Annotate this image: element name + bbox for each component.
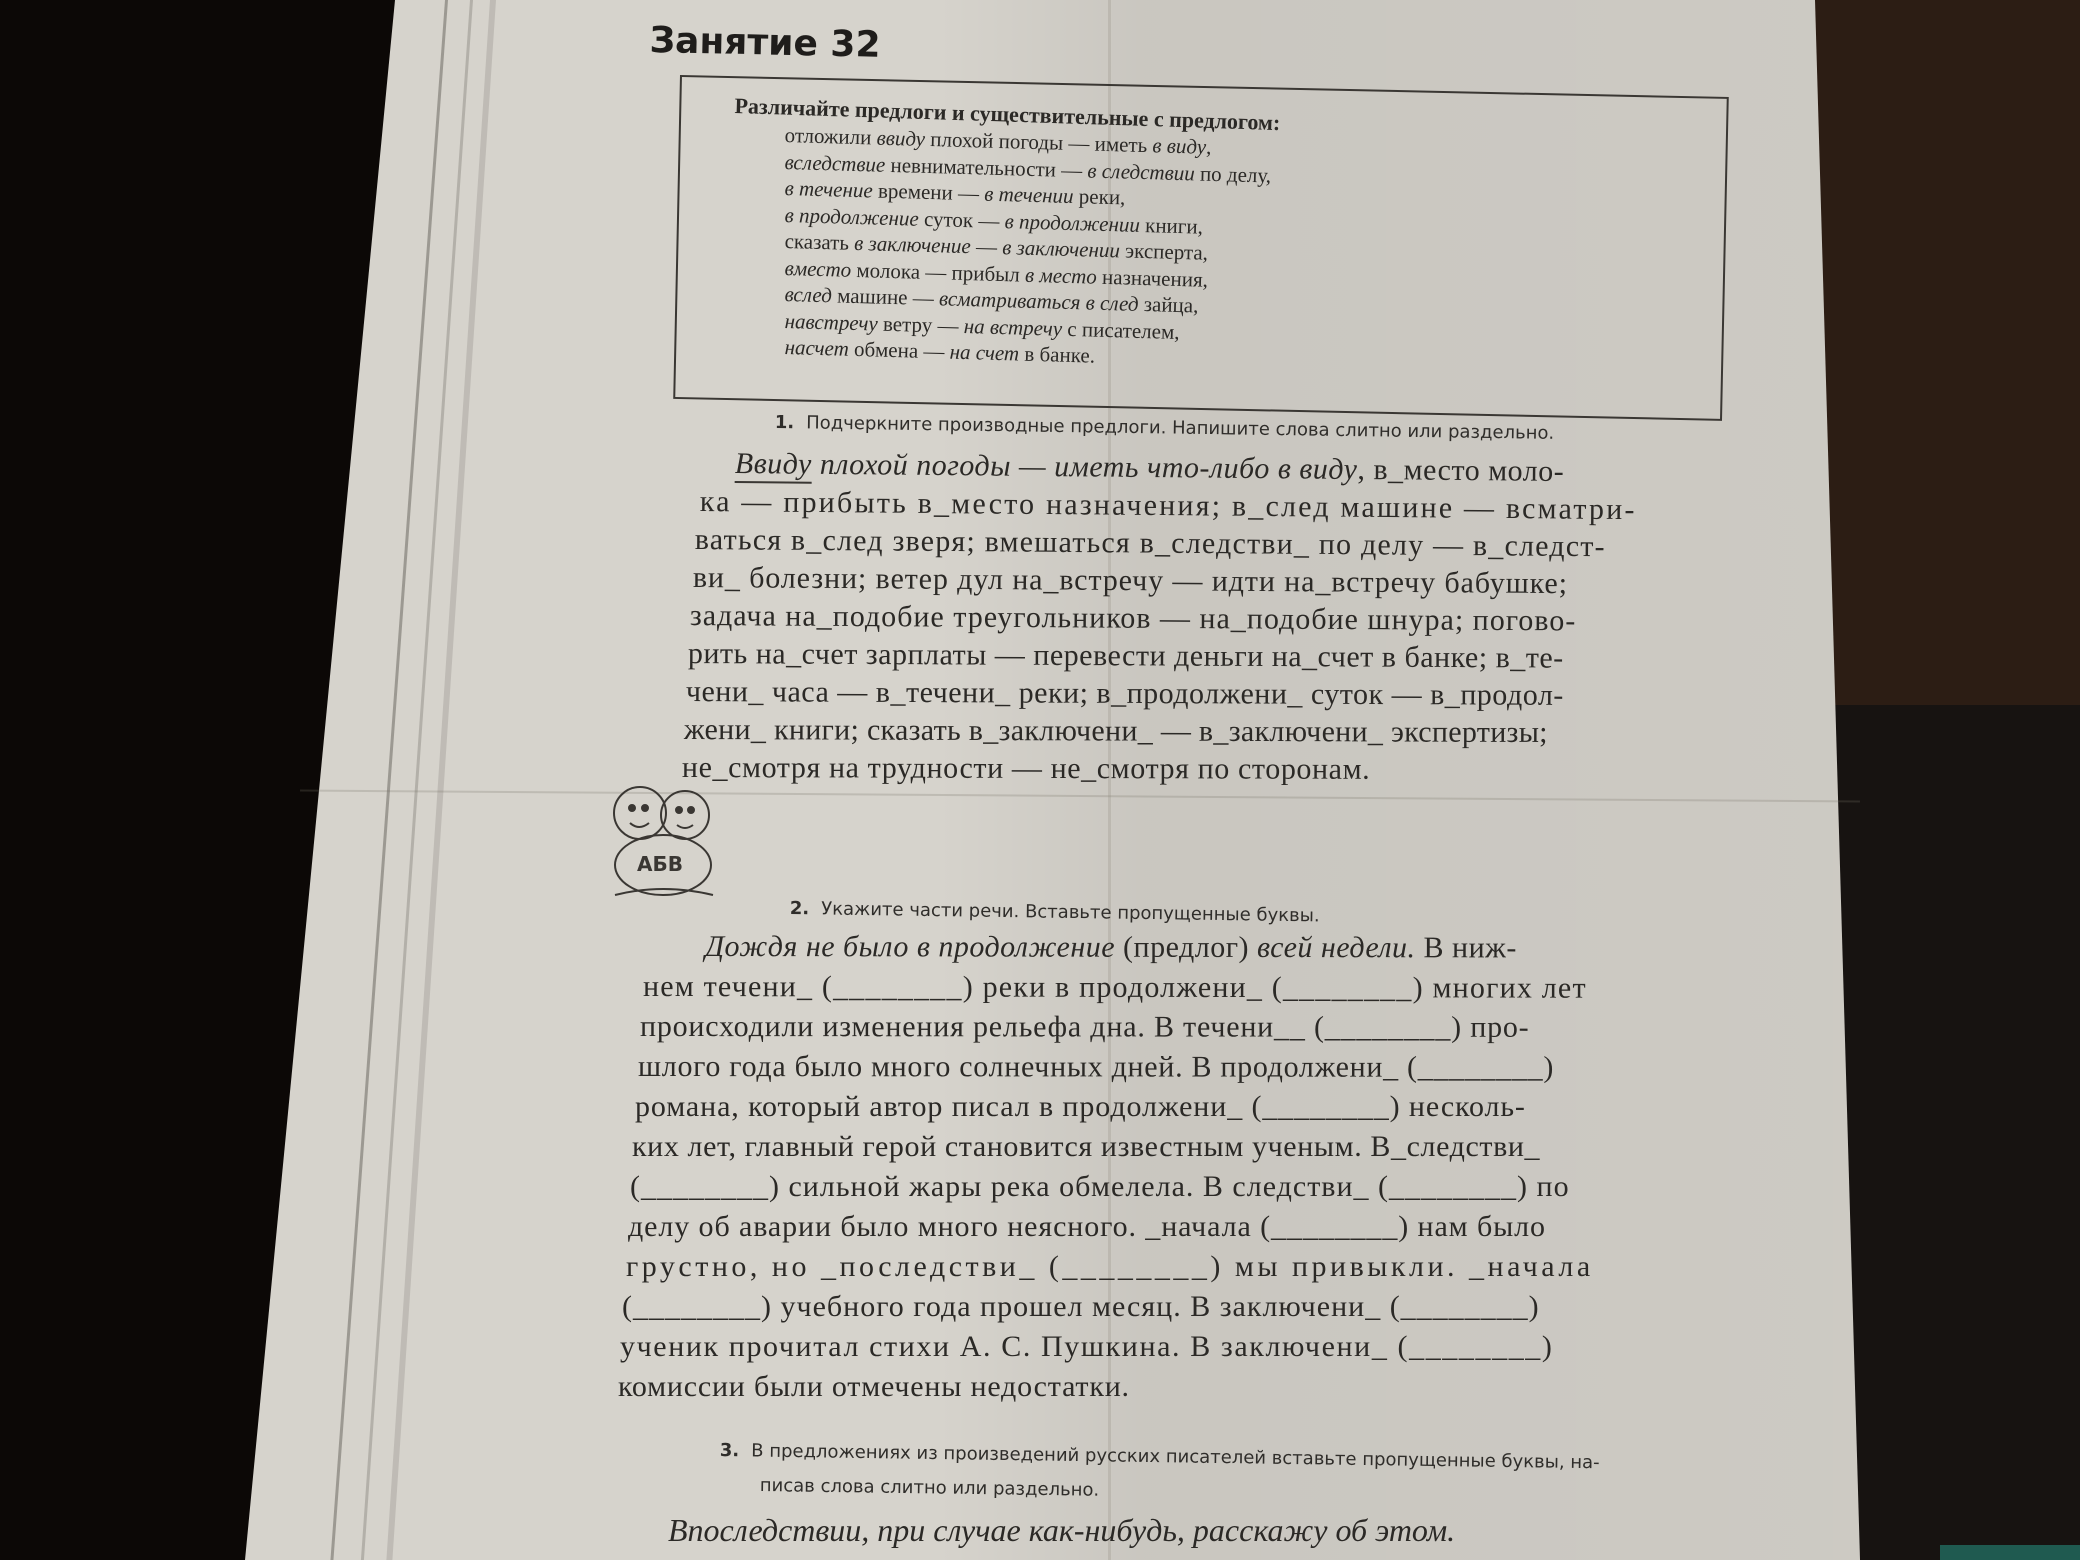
exercise-line: нем течени_ (________) реки в продолжени… <box>643 970 1587 1006</box>
text-segment: в течении <box>984 182 1074 208</box>
exercise-line: ких лет, главный герой становится извест… <box>632 1130 1540 1164</box>
text-segment: ввиду <box>876 126 925 151</box>
svg-text:АБВ: АБВ <box>637 852 683 876</box>
text-segment: всматриваться в след <box>939 286 1139 316</box>
page-content: Занятие 32 Различайте предлоги и существ… <box>0 0 2080 1560</box>
text-segment: грустно, но _последстви_ (________) мы п… <box>626 1250 1594 1283</box>
exercise-line: романа, который автор писал в продолжени… <box>635 1090 1526 1124</box>
task-2-instruction: 2.Укажите части речи. Вставьте пропущенн… <box>790 898 1320 926</box>
text-segment: ви_ болезни; ветер дул на_встречу — идти… <box>693 561 1568 600</box>
text-segment: не_смотря на трудности — не_смотря по ст… <box>682 751 1370 786</box>
text-segment: суток — <box>918 206 1005 232</box>
text-segment: в продолжение <box>784 203 919 231</box>
text-segment: вслед <box>784 282 832 307</box>
text-segment: молока — прибыл <box>851 257 1026 286</box>
task-1-instruction: 1.Подчеркните производные предлоги. Напи… <box>775 412 1555 444</box>
text-segment: в течение <box>784 176 873 202</box>
text-segment: задача на_подобие треугольников — на_под… <box>690 599 1577 637</box>
text-segment: вследствие <box>784 150 885 177</box>
text-segment: (________) сильной жары река обмелела. В… <box>630 1170 1570 1203</box>
text-segment: в виду <box>1152 133 1206 158</box>
text-segment: чени_ часа — в_течени_ реки; в_продолжен… <box>686 675 1564 712</box>
text-segment: всей недели. <box>1257 931 1416 964</box>
exercise-line: делу об аварии было много неясного. _нач… <box>628 1210 1546 1244</box>
task-3-sentence: Впоследствии, при случае как-нибудь, рас… <box>668 1512 1455 1549</box>
text-segment: назначения, <box>1097 264 1209 291</box>
text-segment: в следствии <box>1087 158 1195 185</box>
text-segment: (предлог) <box>1115 931 1257 964</box>
text-segment: рить на_счет зарплаты — перевести деньги… <box>688 637 1564 675</box>
text-segment: времени — <box>872 178 984 205</box>
text-segment: Дождя не было в продолжение <box>705 930 1115 964</box>
text-segment: зайца, <box>1138 292 1199 318</box>
exercise-line: (________) учебного года прошел месяц. В… <box>622 1290 1540 1324</box>
exercise-line: ви_ болезни; ветер дул на_встречу — идти… <box>693 561 1568 601</box>
exercise-line: происходили изменения рельефа дна. В теч… <box>640 1010 1530 1045</box>
text-segment: в заключении <box>1002 235 1120 262</box>
text-segment: сказать <box>784 229 854 255</box>
text-segment: в место <box>1025 262 1097 288</box>
text-segment: в банке. <box>1019 342 1096 368</box>
text-segment: машине — <box>832 283 940 310</box>
lesson-title: Занятие 32 <box>649 20 881 66</box>
instruction-text: Подчеркните производные предлоги. Напиши… <box>806 412 1554 443</box>
task-number: 3. <box>720 1440 740 1461</box>
exercise-line: ваться в_след зверя; вмешаться в_следств… <box>695 523 1606 564</box>
task-number: 2. <box>790 898 810 919</box>
text-segment: обмена — <box>849 337 951 364</box>
text-segment: происходили изменения рельефа дна. В теч… <box>640 1010 1530 1044</box>
text-segment: плохой погоды — иметь что-либо в виду <box>812 448 1358 486</box>
text-segment: ваться в_след зверя; вмешаться в_следств… <box>695 523 1606 563</box>
text-segment: отложили <box>784 123 877 150</box>
exercise-line: Дождя не было в продолжение (предлог) вс… <box>705 930 1517 965</box>
exercise-line: не_смотря на трудности — не_смотря по ст… <box>682 751 1370 787</box>
text-segment: — <box>970 234 1002 259</box>
task-3-instruction: 3.В предложениях из произведений русских… <box>720 1440 1600 1473</box>
instruction-text: В предложениях из произведений русских п… <box>751 1440 1600 1473</box>
text-segment: комиссии были отмечены недостатки. <box>618 1370 1130 1403</box>
text-segment: нем течени_ (________) реки в продолжени… <box>643 970 1587 1005</box>
exercise-line: ка — прибыть в_место назначения; в_след … <box>700 485 1637 527</box>
text-segment: (________) учебного года прошел месяц. В… <box>622 1290 1540 1323</box>
text-segment: эксперта, <box>1120 238 1209 264</box>
text-segment: на встречу <box>963 314 1062 341</box>
text-segment: ка — прибыть в_место назначения; в_след … <box>700 485 1637 526</box>
text-segment: в продолжении <box>1004 209 1140 237</box>
exercise-line: (________) сильной жары река обмелела. В… <box>630 1170 1570 1204</box>
text-segment: реки, <box>1073 184 1125 209</box>
exercise-line: задача на_подобие треугольников — на_под… <box>690 599 1577 638</box>
text-segment: В ниж- <box>1416 931 1517 964</box>
text-segment: навстречу <box>784 309 878 336</box>
text-segment: Ввиду <box>735 447 812 484</box>
text-segment: с писателем, <box>1062 316 1180 343</box>
text-segment: , в_место моло- <box>1357 453 1564 488</box>
exercise-line: комиссии были отмечены недостатки. <box>618 1370 1130 1404</box>
exercise-line: Ввиду плохой погоды — иметь что-либо в в… <box>735 447 1565 491</box>
instruction-text: Укажите части речи. Вставьте пропущенные… <box>821 898 1320 926</box>
text-segment: романа, который автор писал в продолжени… <box>635 1090 1526 1123</box>
text-segment: шлого года было много солнечных дней. В … <box>638 1050 1554 1084</box>
exercise-line: жени_ книги; сказать в_заключени_ — в_за… <box>684 713 1548 750</box>
text-segment: ветру — <box>877 311 964 337</box>
text-segment: плохой погоды — иметь <box>925 127 1153 157</box>
text-segment: делу об аварии было много неясного. _нач… <box>628 1210 1546 1243</box>
text-segment: на счет <box>949 340 1019 366</box>
text-segment: в заключение <box>854 231 971 258</box>
text-segment: ученик прочитал стихи А. С. Пушкина. В з… <box>620 1330 1554 1363</box>
text-segment: , <box>1206 135 1212 159</box>
exercise-line: грустно, но _последстви_ (________) мы п… <box>626 1250 1594 1284</box>
exercise-line: ученик прочитал стихи А. С. Пушкина. В з… <box>620 1330 1554 1364</box>
text-segment: вместо <box>784 256 851 282</box>
exercise-line: шлого года было много солнечных дней. В … <box>638 1050 1554 1085</box>
task-3-instruction-cont: писав слова слитно или раздельно. <box>760 1475 1100 1501</box>
exercise-line: чени_ часа — в_течени_ реки; в_продолжен… <box>686 675 1564 713</box>
text-segment: жени_ книги; сказать в_заключени_ — в_за… <box>684 713 1548 749</box>
text-segment: насчет <box>784 335 849 361</box>
text-segment: книги, <box>1140 212 1204 238</box>
task-number: 1. <box>775 412 795 433</box>
text-segment: по делу, <box>1194 161 1271 187</box>
text-segment: невнимательности — <box>885 152 1088 182</box>
text-segment: ких лет, главный герой становится извест… <box>632 1130 1540 1163</box>
exercise-line: рить на_счет зарплаты — перевести деньги… <box>688 637 1564 676</box>
cartoon-letters-mascot-icon: АБВ <box>605 783 723 903</box>
